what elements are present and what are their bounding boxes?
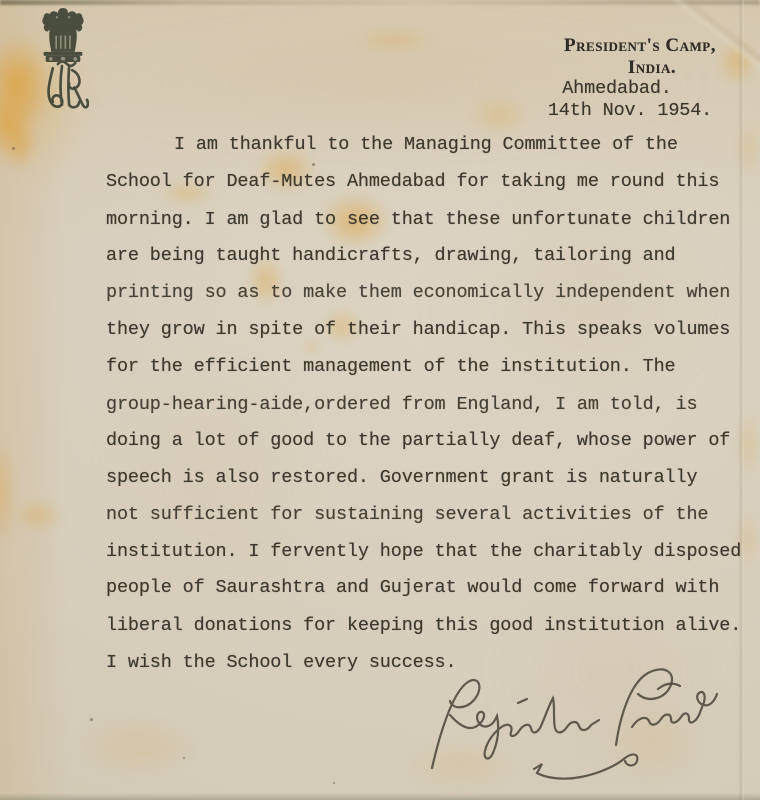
body-line: not sufficient for sustaining several ac… [0, 496, 760, 533]
body-line: are being taught handicrafts, drawing, t… [0, 237, 760, 274]
ashoka-lion-capital-emblem-icon [37, 7, 89, 113]
paper-top-edge [0, 0, 760, 5]
ink-speck [90, 718, 93, 721]
body-line: morning. I am glad to see that these unf… [0, 201, 760, 238]
body-line: for the efficient management of the inst… [0, 348, 760, 385]
letter-page: President's Camp, India. Ahmedabad. 14th… [0, 0, 760, 800]
body-line: they grow in spite of their handicap. Th… [0, 311, 760, 348]
letterhead-camp-line: President's Camp, [530, 35, 750, 57]
stain [348, 26, 440, 54]
body-line: institution. I fervently hope that the c… [0, 533, 760, 570]
stain [75, 715, 200, 777]
body-line: speech is also restored. Government gran… [0, 459, 760, 496]
body-line: group-hearing-aide,ordered from England,… [0, 386, 760, 423]
letterhead-city: Ahmedabad. [507, 78, 727, 100]
letter-body: I am thankful to the Managing Committee … [0, 126, 760, 681]
letterhead-country-line: India. [542, 57, 760, 79]
body-line: people of Saurashtra and Gujerat would c… [0, 569, 760, 606]
body-line: doing a lot of good to the partially dea… [0, 422, 760, 459]
body-line: liberal donations for keeping this good … [0, 607, 760, 644]
body-line: School for Deaf-Mutes Ahmedabad for taki… [0, 163, 760, 200]
paper-bottom-edge [0, 793, 760, 800]
letterhead: President's Camp, India. Ahmedabad. 14th… [530, 35, 750, 121]
body-line: printing so as to make them economically… [0, 274, 760, 311]
letter-date: 14th Nov. 1954. [520, 100, 740, 122]
signature-rajendra-prasad [420, 665, 730, 790]
ink-speck [183, 757, 185, 759]
ink-speck [333, 782, 335, 784]
body-line: I am thankful to the Managing Committee … [0, 126, 760, 163]
